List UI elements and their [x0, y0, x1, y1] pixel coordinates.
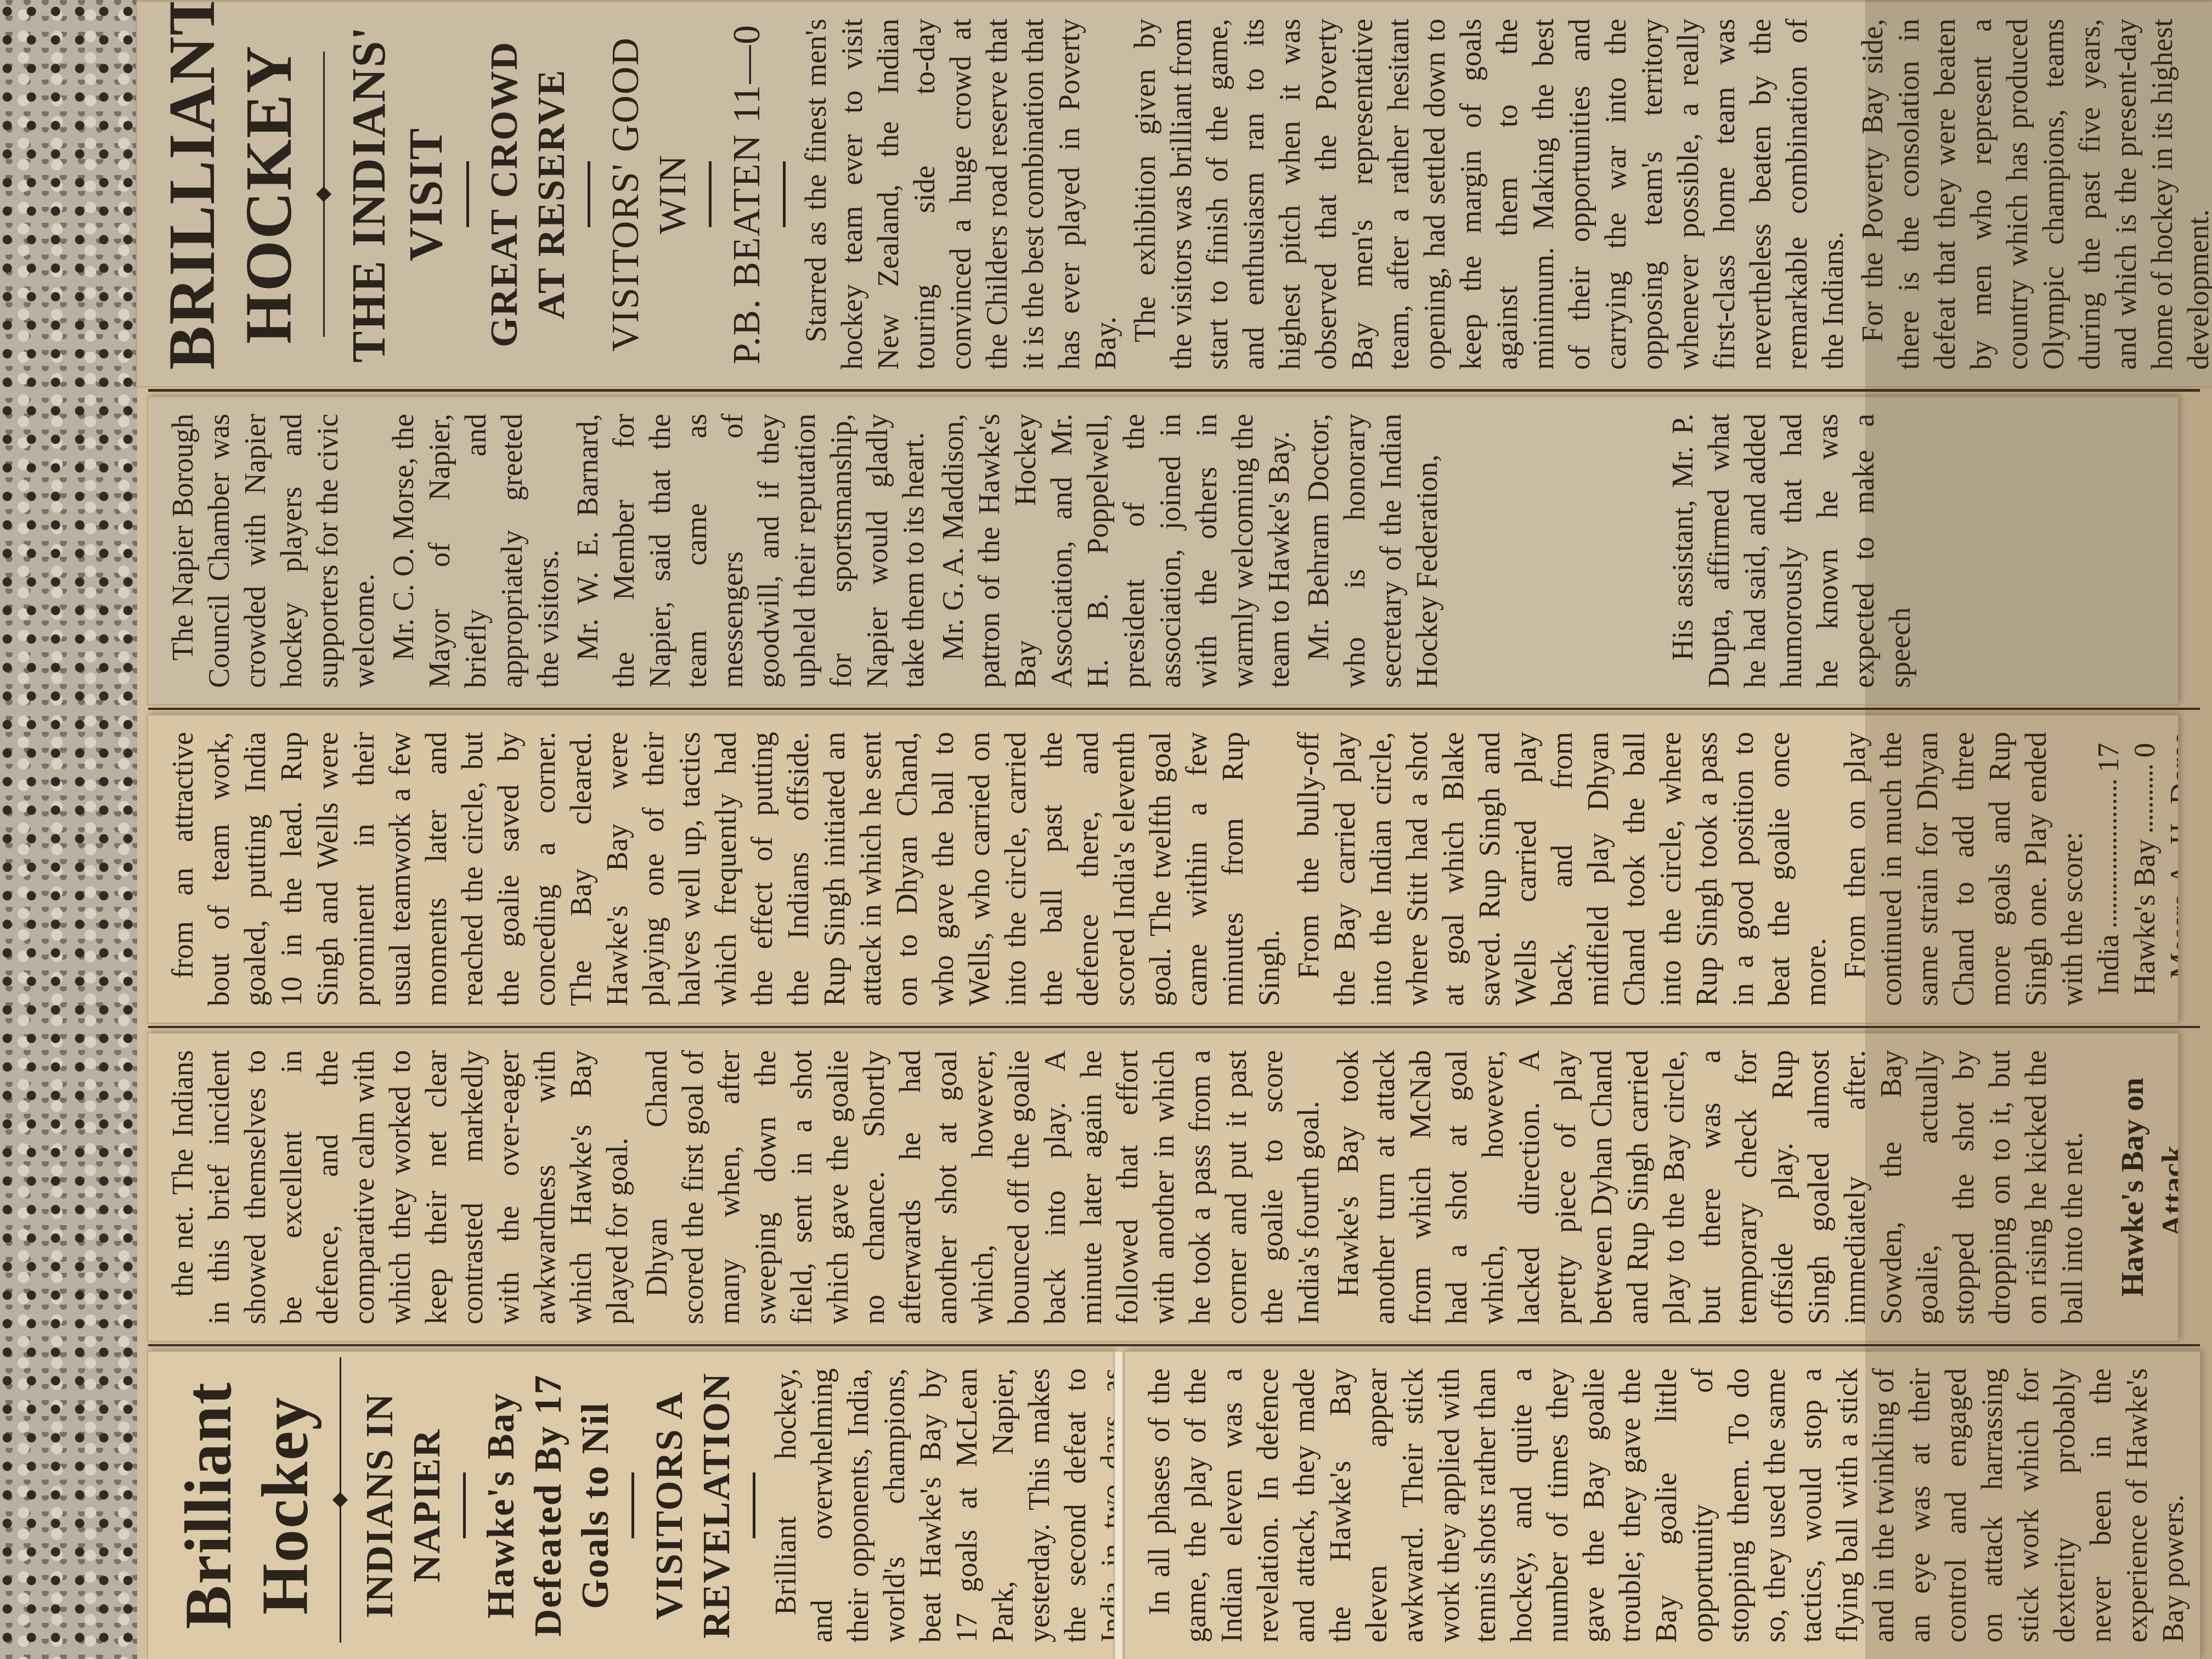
napier-lead: Brilliant hockey, and overwhelming their… [768, 1368, 1114, 1643]
gisborne-deck-3: VISITORS' GOOD WIN [602, 19, 697, 370]
napier-col3-p2: From the bully-off the Bay carried play … [1290, 732, 1833, 1006]
divider-rule [463, 1472, 466, 1538]
clipping-napier-headline: Brilliant Hockey INDIANS IN NAPIER Hawke… [148, 1352, 1114, 1659]
ornament-rule [321, 52, 326, 337]
napier-deck-2: Hawke's Bay Defeated By 17 Goals to Nil [478, 1368, 619, 1643]
column-rule [148, 1344, 2200, 1346]
assistant-text: His assistant, Mr. P. Dupta, affirmed wh… [1664, 414, 1918, 688]
clipping-napier-col1: In all phases of the game, the play of t… [1125, 1352, 2200, 1659]
gisborne-p3: For the Poverty Bay side, there is the c… [1854, 19, 2212, 370]
divider-rule [783, 161, 786, 227]
welcome-p7: Mr. Behram Doctor, who is honorary secre… [1300, 414, 1445, 688]
napier-col2-p3: Hawke's Bay took another turn at attack … [1330, 1050, 2090, 1324]
column-rule [148, 708, 2200, 710]
final-score-hawkes-bay: Hawke's Bay0 [2126, 732, 2163, 1006]
divider-rule [588, 161, 590, 227]
napier-para-2: In all phases of the game, the play of t… [1141, 1368, 2191, 1643]
column-rule [148, 389, 2200, 392]
welcome-p5: Mr. W. E. Barnard, the Member for Napier… [569, 414, 932, 688]
gisborne-deck-1: THE INDIANS' VISIT [340, 19, 454, 370]
gisborne-p2: The exhibition given by the visitors was… [1127, 19, 1851, 370]
welcome-p3: The Napier Borough Council Chamber was c… [165, 414, 382, 688]
napier-col3-p1: from an attractive bout of team work, go… [165, 732, 1287, 1006]
hawkes-bay-attack-heading: Hawke's Bay on Attack. [2112, 1050, 2178, 1324]
divider-rule [709, 161, 712, 227]
napier-col2-p2: Dhyan Chand scored the first goal of man… [639, 1050, 1327, 1324]
column-rule [148, 1026, 2200, 1028]
clipping-napier-col3: from an attractive bout of team work, go… [148, 715, 2178, 1023]
napier-deck-3: VISITORS A REVELATION [646, 1368, 741, 1643]
countertop-granite [0, 0, 148, 1659]
gisborne-deck-2: GREAT CROWD AT RESERVE [481, 19, 575, 370]
divider-rule [466, 161, 469, 227]
clipping-napier-col2: the net. The Indians in this brief incid… [148, 1034, 2178, 1341]
gisborne-headline: BRILLIANT HOCKEY [154, 19, 307, 370]
divider-rule [753, 1472, 755, 1538]
rotated-clippings: Brilliant Hockey INDIANS IN NAPIER Hawke… [137, 0, 2212, 1659]
napier-headline: Brilliant Hockey [170, 1368, 324, 1643]
welcome-p6: Mr. G. A. Maddison, patron of the Hawke'… [935, 414, 1297, 688]
clipping-gisborne: BRILLIANT HOCKEY THE INDIANS' VISIT GREA… [137, 2, 2212, 386]
final-score-india: India17 [2090, 732, 2126, 1006]
ornament-rule [338, 1357, 342, 1643]
napier-col3-p3: From then on play continued in much the … [1837, 732, 2090, 1006]
welcome-p4: Mr. C. O. Morse, the Mayor of Napier, br… [385, 414, 566, 688]
napier-para-3: Hawke's Bay played gallantly, but agains… [2194, 1368, 2200, 1643]
referees: Messrs A. H. Doree and W. H. Down refere… [2163, 732, 2178, 1006]
gisborne-deck-4: P.B. BEATEN 11—0 [724, 19, 771, 370]
clipping-napier-col4: The Napier Borough Council Chamber was c… [148, 397, 2178, 704]
divider-rule [631, 1472, 634, 1538]
gisborne-p1: Starred as the finest men's hockey team … [798, 19, 1124, 370]
torn-edge [1115, 1352, 1122, 1659]
napier-col2-p1: the net. The Indians in this brief incid… [165, 1050, 635, 1324]
napier-deck-1: INDIANS IN NAPIER [357, 1368, 451, 1643]
